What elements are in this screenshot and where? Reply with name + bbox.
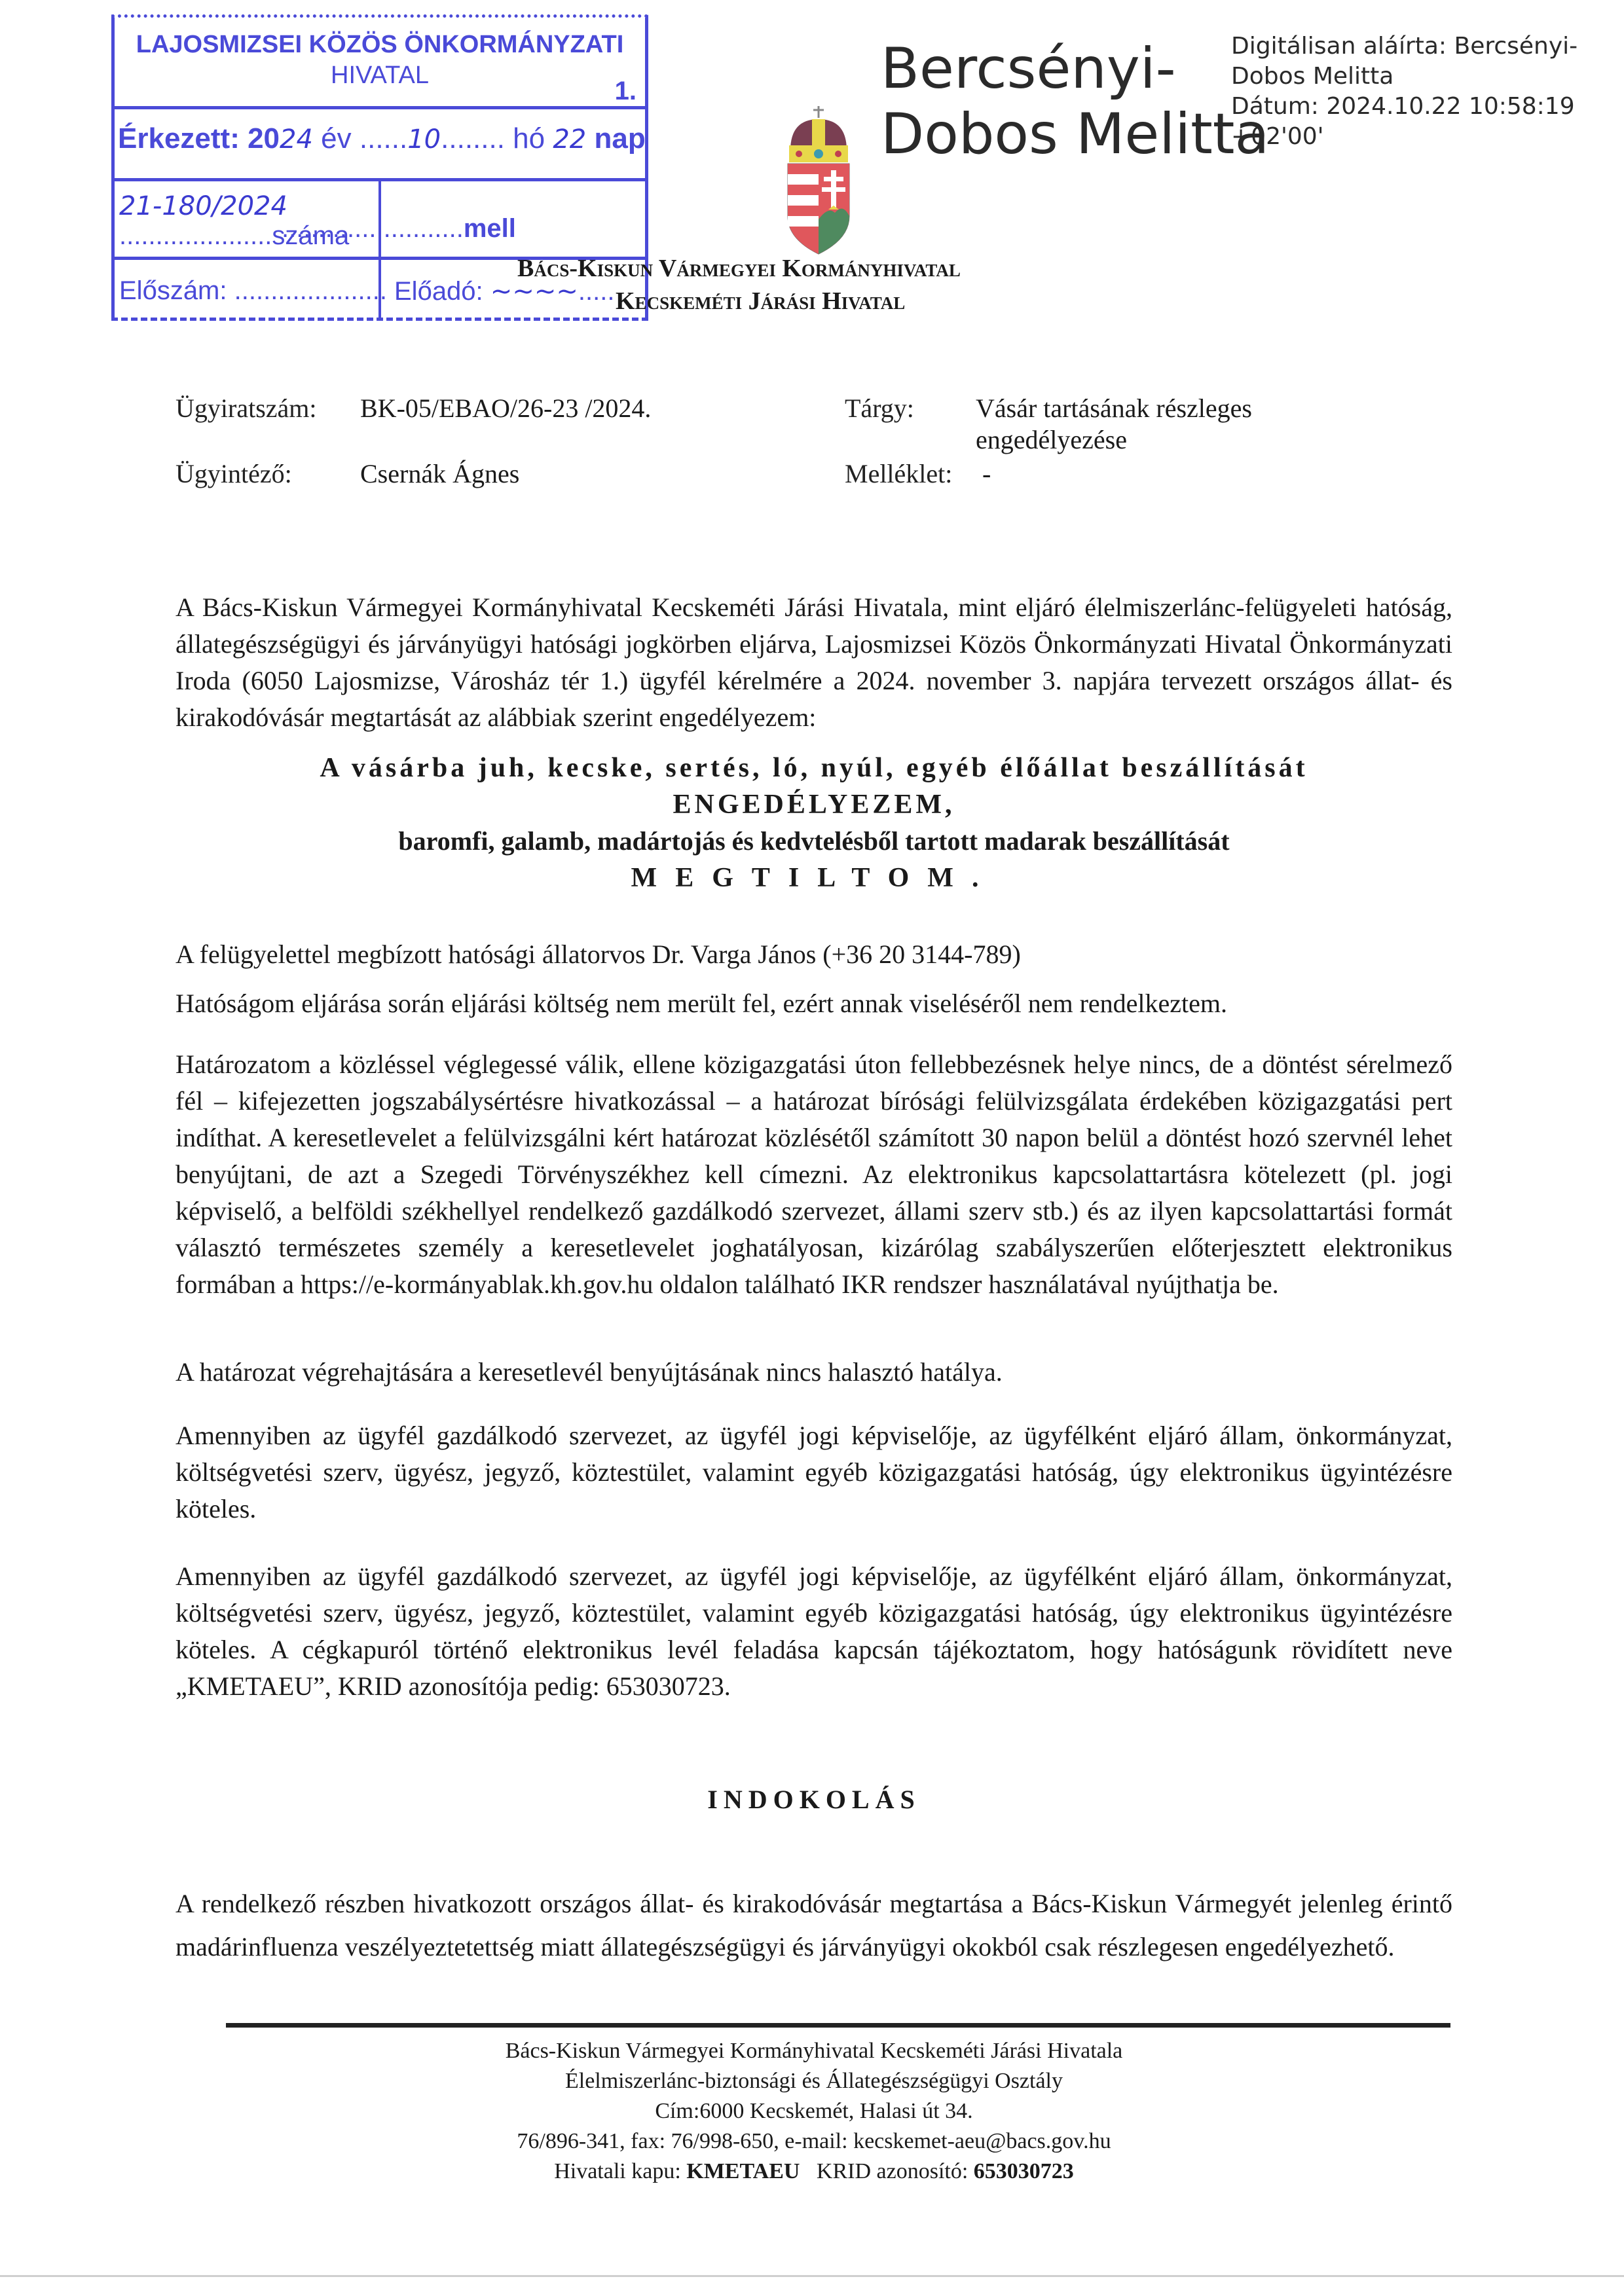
krid-value: 653030723 [974,2159,1074,2183]
stamp-received-date: Érkezett: 2024 év ......10........ hó 22… [118,122,646,155]
intro-paragraph: A Bács-Kiskun Vármegyei Kormányhivatal K… [175,589,1452,736]
clerk-label: Előadó: [394,277,483,306]
footer-phone-email: 76/896-341, fax: 76/998-650, e-mail: kec… [175,2126,1452,2157]
signer-name-line1: Bercsényi- [881,36,1269,101]
subject-label: Tárgy: [845,393,914,424]
signer-name-line2: Dobos Melitta [881,101,1269,167]
stamp-prefile: Előszám: ..................... [119,276,387,306]
gateway-label: Hivatali kapu: [554,2159,681,2183]
costs-paragraph: Hatóságom eljárása során eljárási költsé… [175,985,1452,1022]
received-year: 24 [280,124,313,155]
appeal-paragraph: Határozatom a közléssel véglegessé válik… [175,1046,1452,1303]
footer-gateway: Hivatali kapu: KMETAEU KRID azonosító: 6… [175,2157,1452,2187]
krid-label: KRID azonosító: [817,2159,968,2183]
decision-permit: ENGEDÉLYEZEM, [175,786,1452,823]
attachment-label: mell [464,214,516,243]
footer-department: Élelmiszerlánc-biztonsági és Állategészs… [175,2066,1452,2096]
electronic-paragraph-1: Amennyiben az ügyfél gazdálkodó szerveze… [175,1417,1452,1527]
reasoning-paragraph: A rendelkező részben hivatkozott országo… [175,1882,1452,1969]
year-label: év [321,122,351,155]
day-label: nap [595,122,646,155]
subject-line2: engedélyezése [976,424,1127,455]
footer-address: Cím:6000 Kecskemét, Halasi út 34. [175,2096,1452,2126]
issuing-office: Bács-Kiskun Vármegyei Kormányhivatal Kec… [517,252,961,318]
stamp-office-line2: HIVATAL [111,62,648,90]
case-number-label: Ügyiratszám: [175,393,317,424]
stamp-attachment: .........................mell [282,214,516,244]
signature-date: Dátum: 2024.10.22 10:58:19 [1231,92,1578,122]
scan-edge-line [0,2275,1624,2277]
vet-paragraph: A felügyelettel megbízott hatósági állat… [175,936,1452,973]
signature-info-line: Dobos Melitta [1231,62,1578,92]
handler-name: Csernák Ágnes [360,458,519,489]
digital-signature-info: Digitálisan aláírta: Bercsényi- Dobos Me… [1231,31,1578,152]
stamp-copy-number: 1. [615,77,637,106]
gateway-value: KMETAEU [686,2159,800,2183]
footer-contact: Bács-Kiskun Vármegyei Kormányhivatal Kec… [175,2036,1452,2187]
office-line1: Bács-Kiskun Vármegyei Kormányhivatal [517,252,961,285]
attachment-value: - [982,458,991,489]
attachment-label: Melléklet: [845,458,952,489]
decision-block: A vásárba juh, kecske, sertés, ló, nyúl,… [175,750,1452,896]
decision-prohibit: MEGTILTOM. [175,860,1452,896]
prefile-label: Előszám: [119,276,227,305]
decision-banned-animals: baromfi, galamb, madártojás és kedvtelés… [175,823,1452,860]
received-label: Érkezett: 20 [118,122,280,155]
footer-divider [226,2023,1450,2028]
signer-name: Bercsényi- Dobos Melitta [881,36,1269,167]
decision-allowed-animals: A vásárba juh, kecske, sertés, ló, nyúl,… [175,750,1452,786]
no-suspension-paragraph: A határozat végrehajtására a keresetlevé… [175,1354,1452,1391]
received-month: 10 [407,124,441,155]
electronic-paragraph-2: Amennyiben az ügyfél gazdálkodó szerveze… [175,1558,1452,1705]
handler-label: Ügyintéző: [175,458,292,489]
signature-timezone: +02'00' [1231,122,1578,152]
signature-info-line: Digitálisan aláírta: Bercsényi- [1231,31,1578,62]
hungary-coat-of-arms-icon [783,105,871,255]
footer-office: Bács-Kiskun Vármegyei Kormányhivatal Kec… [175,2036,1452,2066]
month-label: hó [513,122,545,155]
received-day: 22 [553,124,586,155]
stamp-divider [111,106,648,109]
reasoning-heading: INDOKOLÁS [175,1784,1452,1815]
office-line2: Kecskeméti Járási Hivatal [517,285,961,318]
subject-line1: Vásár tartásának részleges [976,393,1252,424]
case-number: BK-05/EBAO/26-23 /2024. [360,393,651,424]
stamp-office-line1: LAJOSMIZSEI KÖZÖS ÖNKORMÁNYZATI [111,31,648,59]
